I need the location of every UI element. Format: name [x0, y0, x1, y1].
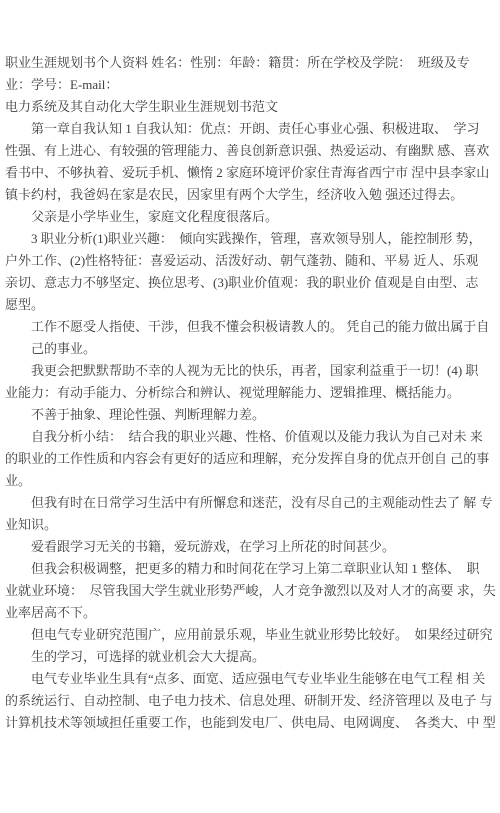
chapter1-self-cognition-paragraph: 第一章自我认知 1 自我认知：优点：开朗、责任心事业心强、积极进取、 学习 性强… [5, 118, 495, 206]
personal-info-header: 职业生涯规划书个人资料 姓名：性别：年龄：籍贯：所在学校及学院： 班级及专 业：… [5, 52, 495, 96]
document-title: 电力系统及其自动化大学生职业生涯规划书范文 [5, 96, 495, 118]
self-analysis-summary-paragraph: 自我分析小结： 结合我的职业兴趣、性格、价值观以及能力我认为自己对未 来 的职业… [5, 426, 495, 492]
document-page: 职业生涯规划书个人资料 姓名：性别：年龄：籍贯：所在学校及学院： 班级及专 业：… [0, 0, 500, 813]
career-ability-paragraph: 我更会把默默帮助不幸的人视为无比的快乐，再者，国家利益重于一切！(4) 职 业能… [5, 360, 495, 404]
career-analysis-paragraph: 3 职业分析(1)职业兴趣： 倾向实践操作，管理，喜欢领导别人，能控制形 势， … [5, 228, 495, 316]
chapter2-career-cognition-paragraph: 但我会积极调整，把更多的精力和时间花在学习上第二章职业认知 1 整体、 职 业就… [5, 558, 495, 624]
career-plan-document: 职业生涯规划书个人资料 姓名：性别：年龄：籍贯：所在学校及学院： 班级及专 业：… [5, 52, 495, 734]
reading-habits-paragraph: 爱看跟学习无关的书籍，爱玩游戏，在学习上所花的时间甚少。 [5, 536, 495, 558]
study-slack-paragraph: 但我有时在日常学习生活中有所懈怠和迷茫，没有尽自己的主观能动性去了 解 专 业知… [5, 492, 495, 536]
electrical-major-prospects-paragraph: 但电气专业研究范围广，应用前景乐观，毕业生就业形势比较好。 如果经过研究 生的学… [31, 624, 495, 668]
work-attitude-paragraph: 工作不愿受人指使、干涉，但我不懂会积极请教人的。 凭自己的能力做出属于自 己的事… [31, 316, 495, 360]
family-education-paragraph: 父亲是小学毕业生，家庭文化程度很落后。 [5, 206, 495, 228]
weaknesses-paragraph: 不善于抽象、理论性强、判断理解力差。 [5, 404, 495, 426]
electrical-graduates-fields-paragraph: 电气专业毕业生具有“点多、面宽、适应强电气专业毕业生能够在电气工程 相 关 的系… [5, 668, 495, 734]
